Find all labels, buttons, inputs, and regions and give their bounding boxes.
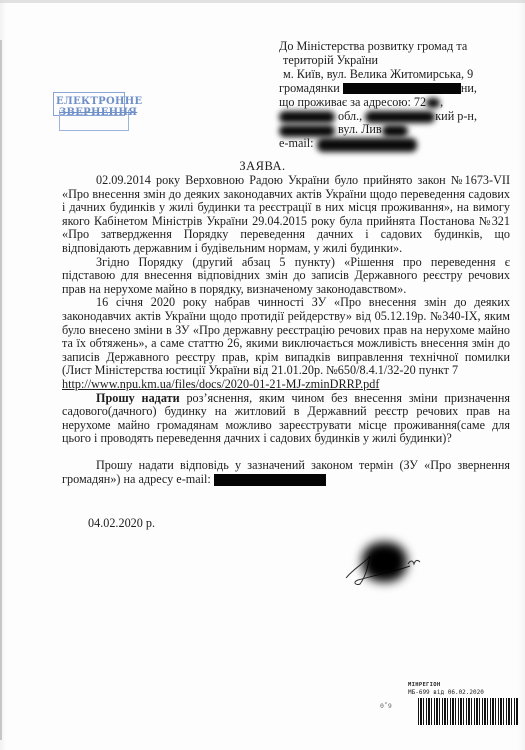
document-title: ЗАЯВА. [0, 159, 525, 174]
scan-top-edge [0, 0, 525, 3]
addressee-line: До Міністерства розвитку громад та [279, 40, 519, 54]
document-date: 04.02.2020 р. [88, 516, 155, 531]
redaction-blur [279, 111, 335, 123]
redaction-blur [279, 125, 335, 137]
stamp-line-1: ЕЛЕКТРОННЕ [56, 96, 142, 107]
paragraph-response-request: Прошу надати відповідь у зазначений зако… [62, 459, 510, 486]
redaction-blur [317, 138, 417, 152]
sender-email-line: e-mail: [279, 137, 519, 151]
sender-name-line: громадянки ни, [279, 82, 519, 96]
addressee-block: До Міністерства розвитку громад та терит… [279, 40, 519, 152]
redaction-blur [365, 111, 435, 123]
scan-left-edge [0, 40, 2, 740]
sender-address-line: обл., кий р-н, [279, 110, 519, 124]
redaction-blur [382, 125, 408, 137]
paragraph-law-1673: 02.09.2014 року Верховною Радою України … [62, 174, 510, 256]
registration-stamp: МІНРЕГІОН МБ-699 від 06.02.2020 [408, 682, 525, 725]
addressee-line: територій України [279, 54, 519, 68]
paragraph-procedure: Згідно Порядку (другий абзац 5 пункту) «… [62, 256, 510, 297]
reference-link[interactable]: http://www.npu.km.ua/files/docs/2020-01-… [62, 377, 379, 391]
sender-address-line: вул. Лив [279, 123, 519, 137]
request-bold-phrase: Прошу надати [96, 391, 180, 405]
electronic-appeal-stamp: ЕЛЕКТРОННЕ ЗВЕРНЕННЯ [53, 92, 123, 132]
page-mark: 0˚9 [380, 702, 392, 710]
paragraph-law-340: 16 січня 2020 року набрав чинності ЗУ «П… [62, 296, 510, 378]
redaction-blur [426, 98, 440, 108]
reference-link-line: http://www.npu.km.ua/files/docs/2020-01-… [62, 378, 510, 392]
signature [340, 540, 460, 590]
redaction-box [343, 83, 461, 94]
sender-address-line: що проживає за адресою: 72, [279, 96, 519, 110]
registration-organization: МІНРЕГІОН [408, 682, 525, 688]
signature-redaction [362, 542, 407, 582]
addressee-line: м. Київ, вул. Велика Житомирська, 9 [279, 68, 519, 82]
redaction-box [214, 474, 326, 486]
scanned-page: До Міністерства розвитку громад та терит… [0, 0, 525, 750]
registration-number: МБ-699 від 06.02.2020 [408, 689, 525, 696]
paragraph-request: Прошу надати роз’яснення, яким чином без… [62, 392, 510, 446]
stamp-line-2: ЗВЕРНЕННЯ [59, 107, 137, 118]
barcode-icon [418, 698, 518, 725]
document-body: 02.09.2014 року Верховною Радою України … [62, 174, 510, 487]
